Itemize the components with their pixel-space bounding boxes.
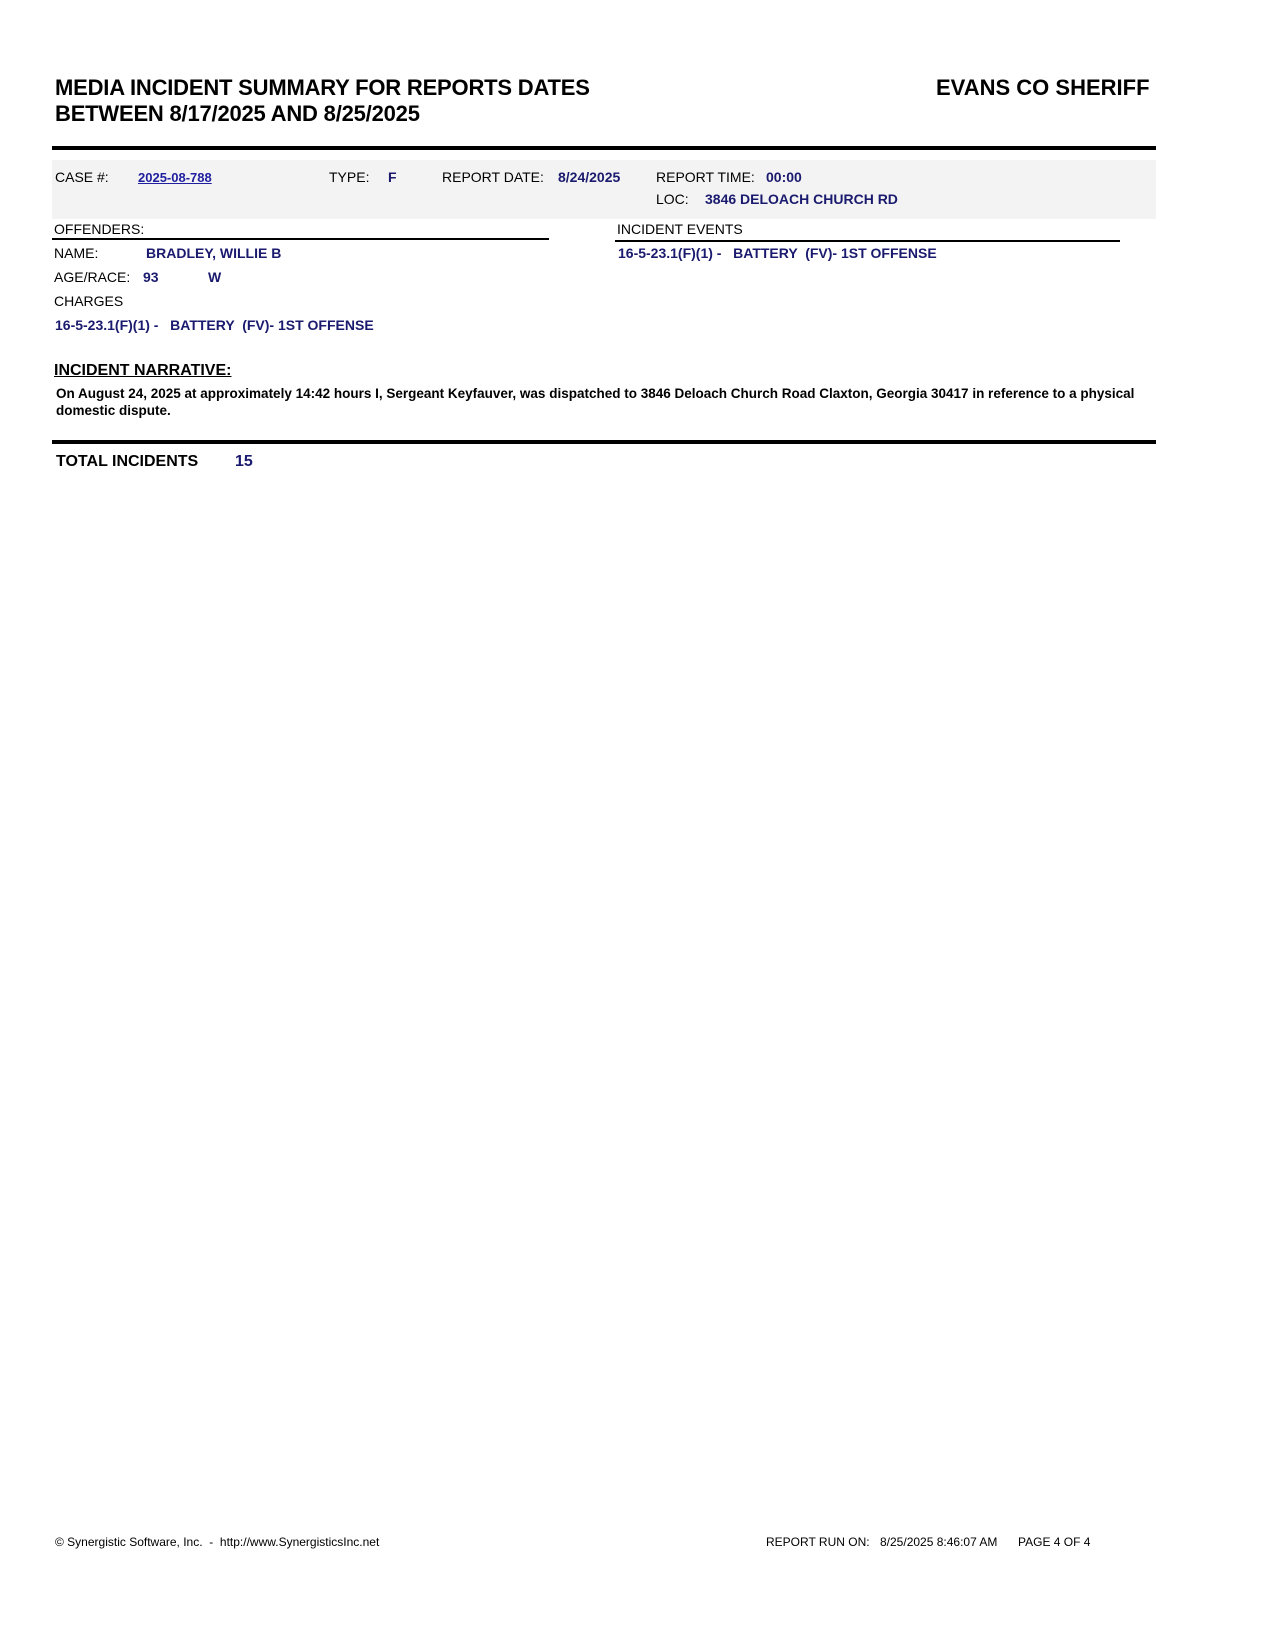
report-title-line1: MEDIA INCIDENT SUMMARY FOR REPORTS DATES	[55, 75, 590, 101]
offenders-underline	[52, 238, 549, 240]
location-label: LOC:	[656, 191, 689, 207]
report-run-value: 8/25/2025 8:46:07 AM	[880, 1535, 997, 1549]
header-divider	[52, 146, 1156, 150]
report-run-label: REPORT RUN ON:	[766, 1535, 870, 1549]
incident-event-item: 16-5-23.1(F)(1) - BATTERY (FV)- 1ST OFFE…	[618, 245, 937, 261]
incident-events-heading: INCIDENT EVENTS	[617, 221, 743, 237]
charges-label: CHARGES	[54, 293, 123, 309]
report-time-value: 00:00	[766, 169, 802, 185]
report-date-label: REPORT DATE:	[442, 169, 544, 185]
total-incidents-label: TOTAL INCIDENTS	[56, 453, 198, 471]
page-number: PAGE 4 OF 4	[1018, 1535, 1090, 1549]
type-label: TYPE:	[329, 169, 369, 185]
case-number-link[interactable]: 2025-08-788	[138, 170, 212, 185]
offender-name-label: NAME:	[54, 245, 98, 261]
report-date-value: 8/24/2025	[558, 169, 620, 185]
offender-age: 93	[143, 269, 159, 285]
age-race-label: AGE/RACE:	[54, 269, 130, 285]
incident-events-underline	[615, 240, 1120, 242]
type-value: F	[388, 169, 397, 185]
offender-race: W	[208, 269, 221, 285]
case-number-label: CASE #:	[55, 169, 109, 185]
report-time-label: REPORT TIME:	[656, 169, 755, 185]
offenders-heading: OFFENDERS:	[54, 221, 144, 237]
footer-copyright: © Synergistic Software, Inc. - http://ww…	[55, 1535, 379, 1549]
narrative-heading: INCIDENT NARRATIVE:	[54, 362, 231, 380]
report-title-line2: BETWEEN 8/17/2025 AND 8/25/2025	[55, 101, 420, 127]
agency-name: EVANS CO SHERIFF	[936, 75, 1150, 101]
total-incidents-value: 15	[235, 453, 253, 471]
narrative-divider	[52, 440, 1156, 444]
narrative-text: On August 24, 2025 at approximately 14:4…	[56, 385, 1161, 419]
location-value: 3846 DELOACH CHURCH RD	[705, 191, 898, 207]
offender-name-value: BRADLEY, WILLIE B	[146, 245, 281, 261]
charge-item: 16-5-23.1(F)(1) - BATTERY (FV)- 1ST OFFE…	[55, 317, 374, 333]
